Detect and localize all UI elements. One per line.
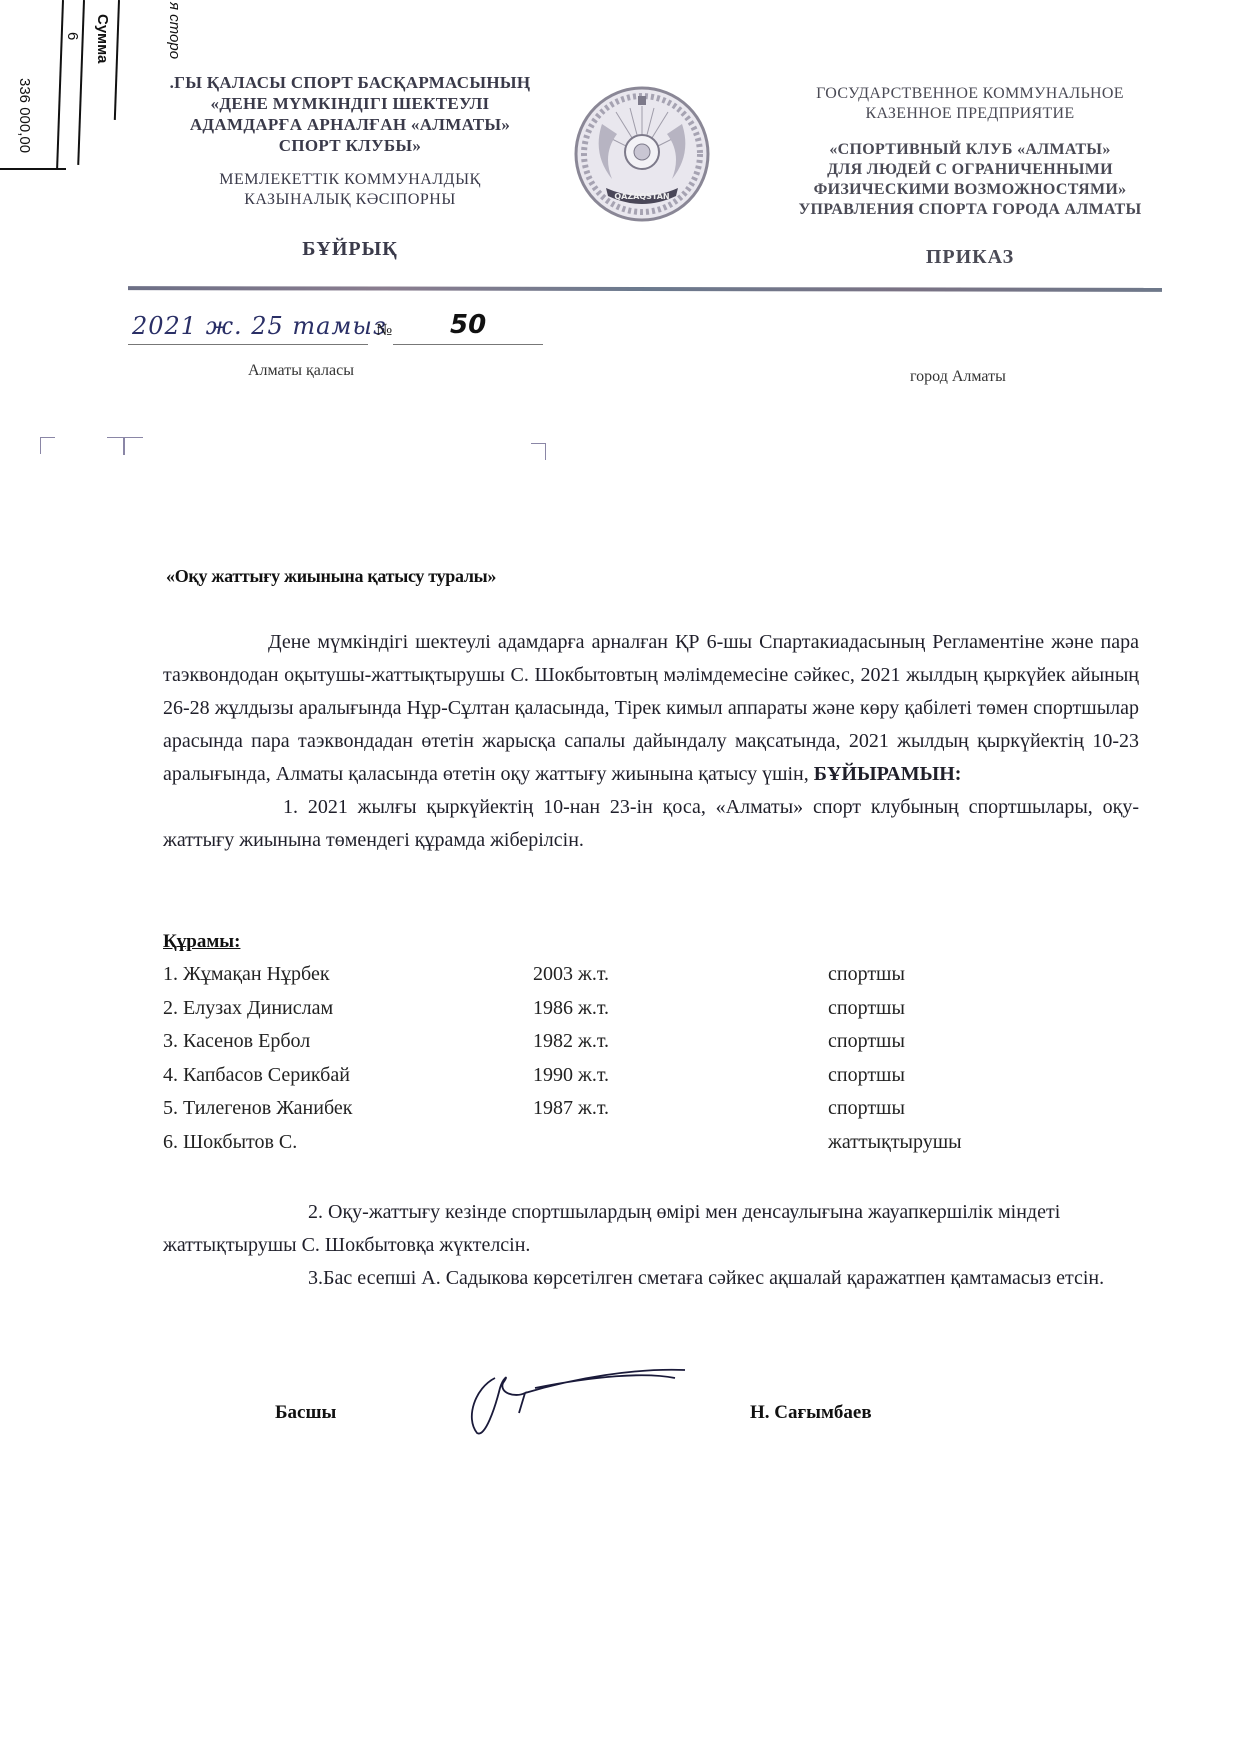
member-birth-year: 1987 ж.т. bbox=[533, 1097, 609, 1120]
header-ru: ГОСУДАРСТВЕННОЕ КОММУНАЛЬНОЕ КАЗЕННОЕ ПР… bbox=[770, 84, 1170, 269]
preamble: Дене мүмкіндігі шектеулі адамдарға арнал… bbox=[163, 626, 1139, 857]
header-ru-line3: «СПОРТИВНЫЙ КЛУБ «АЛМАТЫ» bbox=[770, 140, 1170, 160]
points-2-3: 2. Оқу-жаттығу кезінде спортшылардың өмі… bbox=[163, 1196, 1139, 1295]
header-ru-line1: ГОСУДАРСТВЕННОЕ КОММУНАЛЬНОЕ bbox=[770, 84, 1170, 104]
strip-partial-label: я сторо bbox=[166, 2, 183, 59]
member-name: 4. Капбасов Серикбай bbox=[163, 1064, 350, 1087]
header-ru-line6: УПРАВЛЕНИЯ СПОРТА ГОРОДА АЛМАТЫ bbox=[770, 200, 1170, 220]
header-kz-line5: МЕМЛЕКЕТТІК КОММУНАЛДЫҚ bbox=[140, 170, 560, 190]
city-kz: Алматы қаласы bbox=[248, 362, 354, 380]
member-name: 6. Шокбытов С. bbox=[163, 1131, 297, 1154]
corner-mark-t-stem bbox=[123, 437, 125, 455]
point-2: 2. Оқу-жаттығу кезінде спортшылардың өмі… bbox=[163, 1196, 1139, 1262]
signature-block: Басшы Н. Сағымбаев bbox=[275, 1400, 975, 1460]
member-role: спортшы bbox=[828, 997, 905, 1020]
member-birth-year: 1990 ж.т. bbox=[533, 1064, 609, 1087]
header-ru-line4: ДЛЯ ЛЮДЕЙ С ОГРАНИЧЕННЫМИ bbox=[770, 160, 1170, 180]
roster-row: 4. Капбасов Серикбай1990 ж.т.спортшы bbox=[163, 1064, 1043, 1098]
member-role: спортшы bbox=[828, 1064, 905, 1087]
header-kz-line6: КАЗЫНАЛЫҚ КӘСІПОРНЫ bbox=[140, 190, 560, 210]
signatory-position: Басшы bbox=[275, 1402, 336, 1424]
city-ru: город Алматы bbox=[910, 368, 1006, 386]
member-name: 1. Жұмақан Нұрбек bbox=[163, 963, 330, 986]
header-kz-line2: «ДЕНЕ МҮМКІНДІГІ ШЕКТЕУЛІ bbox=[140, 93, 560, 114]
composition-label: Құрамы: bbox=[163, 931, 240, 953]
member-role: спортшы bbox=[828, 1097, 905, 1120]
member-name: 3. Касенов Ербол bbox=[163, 1030, 310, 1053]
header-kz: .ГЫ ҚАЛАСЫ СПОРТ БАСҚАРМАСЫНЫҢ «ДЕНЕ МҮМ… bbox=[140, 72, 560, 261]
preamble-text: Дене мүмкіндігі шектеулі адамдарға арнал… bbox=[163, 631, 1139, 785]
header-ru-line5: ФИЗИЧЕСКИМИ ВОЗМОЖНОСТЯМИ» bbox=[770, 180, 1170, 200]
member-role: спортшы bbox=[828, 1030, 905, 1053]
member-name: 5. Тилегенов Жанибек bbox=[163, 1097, 352, 1120]
document-title: «Оқу жаттығу жиынына қатысу туралы» bbox=[166, 566, 496, 587]
order-number: 50 bbox=[450, 310, 486, 340]
order-date-number: 2021 ж. 25 тамыз № 50 bbox=[128, 310, 548, 346]
member-birth-year: 1986 ж.т. bbox=[533, 997, 609, 1020]
strip-sum-label: Сумма bbox=[94, 14, 111, 63]
header-kz-line1: .ГЫ ҚАЛАСЫ СПОРТ БАСҚАРМАСЫНЫҢ bbox=[140, 72, 560, 93]
roster-list: 1. Жұмақан Нұрбек2003 ж.т.спортшы2. Елуз… bbox=[163, 963, 1043, 1164]
corner-mark-right bbox=[531, 443, 546, 460]
header-kz-line3: АДАМДАРҒА АРНАЛҒАН «АЛМАТЫ» bbox=[140, 114, 560, 135]
corner-mark-left bbox=[40, 437, 55, 454]
date-underline bbox=[128, 344, 368, 345]
point-3: 3.Бас есепші А. Садыкова көрсетілген сме… bbox=[163, 1262, 1139, 1295]
member-role: жаттықтырушы bbox=[828, 1131, 962, 1154]
strip-divider-2 bbox=[77, 0, 85, 165]
strip-column-number: 6 bbox=[64, 32, 81, 40]
member-birth-year: 2003 ж.т. bbox=[533, 963, 609, 986]
kazakhstan-state-emblem-icon: QAZAQSTAN bbox=[572, 84, 712, 224]
order-number-label: № bbox=[376, 320, 392, 340]
header-kz-line4: СПОРТ КЛУБЫ» bbox=[140, 135, 560, 156]
strip-baseline bbox=[0, 168, 66, 170]
order-date: 2021 ж. 25 тамыз bbox=[132, 312, 387, 340]
roster-row: 6. Шокбытов С.жаттықтырушы bbox=[163, 1131, 1043, 1165]
handwritten-signature-icon bbox=[455, 1358, 715, 1438]
roster-row: 3. Касенов Ербол1982 ж.т.спортшы bbox=[163, 1030, 1043, 1064]
roster-row: 1. Жұмақан Нұрбек2003 ж.т.спортшы bbox=[163, 963, 1043, 997]
member-name: 2. Елузах Динислам bbox=[163, 997, 333, 1020]
svg-text:QAZAQSTAN: QAZAQSTAN bbox=[614, 192, 669, 201]
header-separator bbox=[128, 286, 1162, 292]
strip-divider-1 bbox=[114, 0, 120, 120]
doc-type-ru: ПРИКАЗ bbox=[770, 246, 1170, 269]
member-birth-year: 1982 ж.т. bbox=[533, 1030, 609, 1053]
member-role: спортшы bbox=[828, 963, 905, 986]
strip-divider-3 bbox=[56, 0, 64, 170]
order-word: БҰЙЫРАМЫН: bbox=[814, 763, 962, 785]
number-underline bbox=[393, 344, 543, 345]
strip-amount: 336 000,00 bbox=[16, 78, 33, 153]
point-1: 1. 2021 жылғы қыркүйектің 10-нан 23-ін қ… bbox=[163, 791, 1139, 857]
corner-mark-t bbox=[107, 437, 143, 438]
roster-row: 5. Тилегенов Жанибек1987 ж.т.спортшы bbox=[163, 1097, 1043, 1131]
roster-row: 2. Елузах Динислам1986 ж.т.спортшы bbox=[163, 997, 1043, 1031]
doc-type-kz: БҰЙРЫҚ bbox=[140, 238, 560, 261]
header-ru-line2: КАЗЕННОЕ ПРЕДПРИЯТИЕ bbox=[770, 104, 1170, 124]
signatory-name: Н. Сағымбаев bbox=[750, 1402, 872, 1424]
